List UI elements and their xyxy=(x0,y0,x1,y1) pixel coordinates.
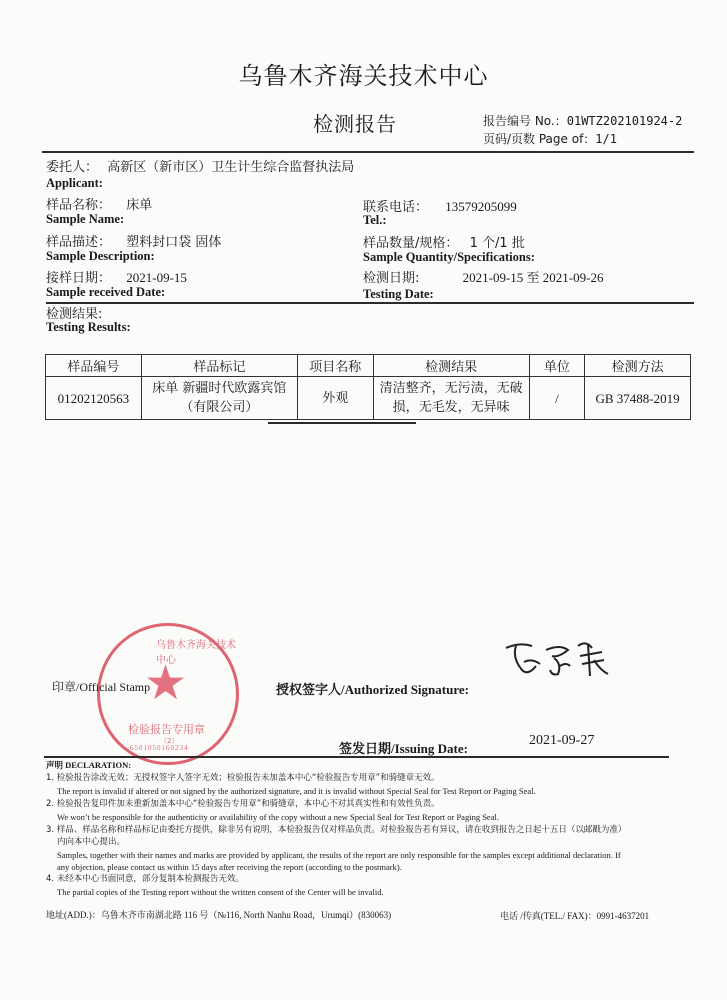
stamp-code: 6501050160234 xyxy=(130,744,189,752)
declaration-2-cn: 2. 检验报告复印件加未重新加盖本中心“检验报告专用章”和骑缝章，本中心不对其真… xyxy=(46,798,440,810)
results-label-en: Testing Results: xyxy=(46,320,131,335)
sample-desc-row: 样品描述： 塑料封口袋 固体 xyxy=(46,231,221,250)
sample-mark-line1: 床单 新疆时代欧露宾馆 xyxy=(144,379,295,398)
authorized-signature-label: 授权签字人/Authorized Signature: xyxy=(276,679,469,698)
sample-desc-label-en: Sample Description: xyxy=(46,249,155,264)
page-number: 页码/页数 Page of：1/1 xyxy=(483,130,617,147)
result-line1: 清洁整齐，无污渍，无破 xyxy=(376,379,527,398)
received-value: 2021-09-15 xyxy=(126,270,187,285)
result-line2: 损，无毛发，无异味 xyxy=(376,398,527,417)
cell-sample-mark: 床单 新疆时代欧露宾馆 （有限公司） xyxy=(141,377,297,420)
testing-date-row: 检测日期: 2021-09-15 至 2021-09-26 xyxy=(363,267,603,286)
col-sample-no: 样品编号 xyxy=(46,355,142,377)
sample-mark-line2: （有限公司） xyxy=(144,398,295,417)
info-divider xyxy=(46,302,694,304)
header-divider xyxy=(42,151,694,153)
cell-unit: / xyxy=(529,377,584,420)
table-row: 01202120563 床单 新疆时代欧露宾馆 （有限公司） 外观 清洁整齐，无… xyxy=(46,377,691,420)
footer-address: 地址(ADD.)：乌鲁木齐市南湖北路 116 号（№116, North Nan… xyxy=(46,909,391,921)
stamp-seal-text: 检验报告专用章 xyxy=(128,721,205,737)
testing-date-label-en: Testing Date: xyxy=(363,287,434,302)
applicant-value: 高新区（新市区）卫生计生综合监督执法局 xyxy=(107,160,354,175)
declaration-3-en2: any objection, please contact us within … xyxy=(57,861,402,873)
tel-value: 13579205099 xyxy=(445,199,517,214)
declaration-3-cn: 3. 样品、样品名称和样品标记由委托方提供，除非另有说明，本检验报告仅对样品负责… xyxy=(46,824,626,836)
results-table: 样品编号 样品标记 项目名称 检测结果 单位 检测方法 01202120563 … xyxy=(45,354,691,420)
sample-qty-label-en: Sample Quantity/Specifications: xyxy=(363,250,535,265)
declaration-divider xyxy=(44,756,669,758)
table-end-line xyxy=(268,422,416,424)
declaration-2-en: We won’t be responsible for the authenti… xyxy=(57,811,499,823)
sample-name-row: 样品名称： 床单 xyxy=(46,194,152,213)
cell-method: GB 37488-2019 xyxy=(585,377,691,420)
page-label: 页码/页数 Page of： xyxy=(483,132,595,146)
declaration-1-en: The report is invalid if altered or not … xyxy=(57,785,536,797)
testing-date-value: 2021-09-15 至 2021-09-26 xyxy=(463,270,604,285)
doc-title: 检测报告 xyxy=(313,108,397,137)
declaration-1-cn: 1. 检验报告涂改无效；无授权签字人签字无效；检验报告未加盖本中心“检验报告专用… xyxy=(46,772,440,784)
sample-name-value: 床单 xyxy=(126,198,152,213)
col-unit: 单位 xyxy=(529,355,584,377)
cell-result: 清洁整齐，无污渍，无破 损，无毛发，无异味 xyxy=(373,377,529,420)
received-row: 接样日期： 2021-09-15 xyxy=(46,267,187,286)
declaration-heading: 声明 DECLARATION: xyxy=(46,759,131,771)
applicant-label-en: Applicant: xyxy=(46,176,103,191)
sample-qty-value: 1 个/1 批 xyxy=(470,236,525,251)
col-result: 检测结果 xyxy=(373,355,529,377)
col-method: 检测方法 xyxy=(585,355,691,377)
declaration-3-cn2: 内向本中心提出。 xyxy=(57,836,125,848)
declaration-4-cn: 4. 未经本中心书面同意，部分复制本检测报告无效。 xyxy=(46,873,244,885)
sample-name-label: 样品名称： xyxy=(46,198,111,213)
page-value: 1/1 xyxy=(595,132,617,146)
tel-label-en: Tel.: xyxy=(363,213,387,228)
cell-item: 外观 xyxy=(297,377,373,420)
sample-qty-label: 样品数量/规格： xyxy=(363,236,458,251)
footer-phone: 电话 /传真(TEL./ FAX)：0991-4637201 xyxy=(500,910,649,922)
report-number: 报告编号 No.：01WTZ202101924-2 xyxy=(483,112,682,129)
applicant-row: 委托人： 高新区（新市区）卫生计生综合监督执法局 xyxy=(46,156,354,175)
received-label-en: Sample received Date: xyxy=(46,285,165,300)
testing-date-label: 检测日期: xyxy=(363,271,419,286)
declaration-4-en: The partial copies of the Testing report… xyxy=(57,886,384,898)
sample-desc-value: 塑料封口袋 固体 xyxy=(126,235,221,250)
issuing-date-value: 2021-09-27 xyxy=(529,733,594,749)
col-sample-mark: 样品标记 xyxy=(141,355,297,377)
cell-sample-no: 01202120563 xyxy=(46,377,142,420)
report-no-value: 01WTZ202101924-2 xyxy=(567,114,683,128)
org-title: 乌鲁木齐海关技术中心 xyxy=(0,56,727,91)
table-header-row: 样品编号 样品标记 项目名称 检测结果 单位 检测方法 xyxy=(46,355,691,377)
applicant-label: 委托人： xyxy=(46,160,98,175)
declaration-3-en: Samples, together with their names and m… xyxy=(57,849,621,861)
received-label: 接样日期： xyxy=(46,271,111,286)
col-item: 项目名称 xyxy=(297,355,373,377)
star-icon: ★ xyxy=(144,660,187,708)
report-no-label: 报告编号 No.： xyxy=(483,114,567,128)
sample-qty-row: 样品数量/规格： 1 个/1 批 xyxy=(363,232,525,251)
issuing-date-label: 签发日期/Issuing Date: xyxy=(339,738,468,757)
sample-desc-label: 样品描述： xyxy=(46,235,111,250)
signature-mark xyxy=(502,636,612,680)
sample-name-label-en: Sample Name: xyxy=(46,212,124,227)
stamp-label: 印章/Official Stamp xyxy=(52,678,150,695)
